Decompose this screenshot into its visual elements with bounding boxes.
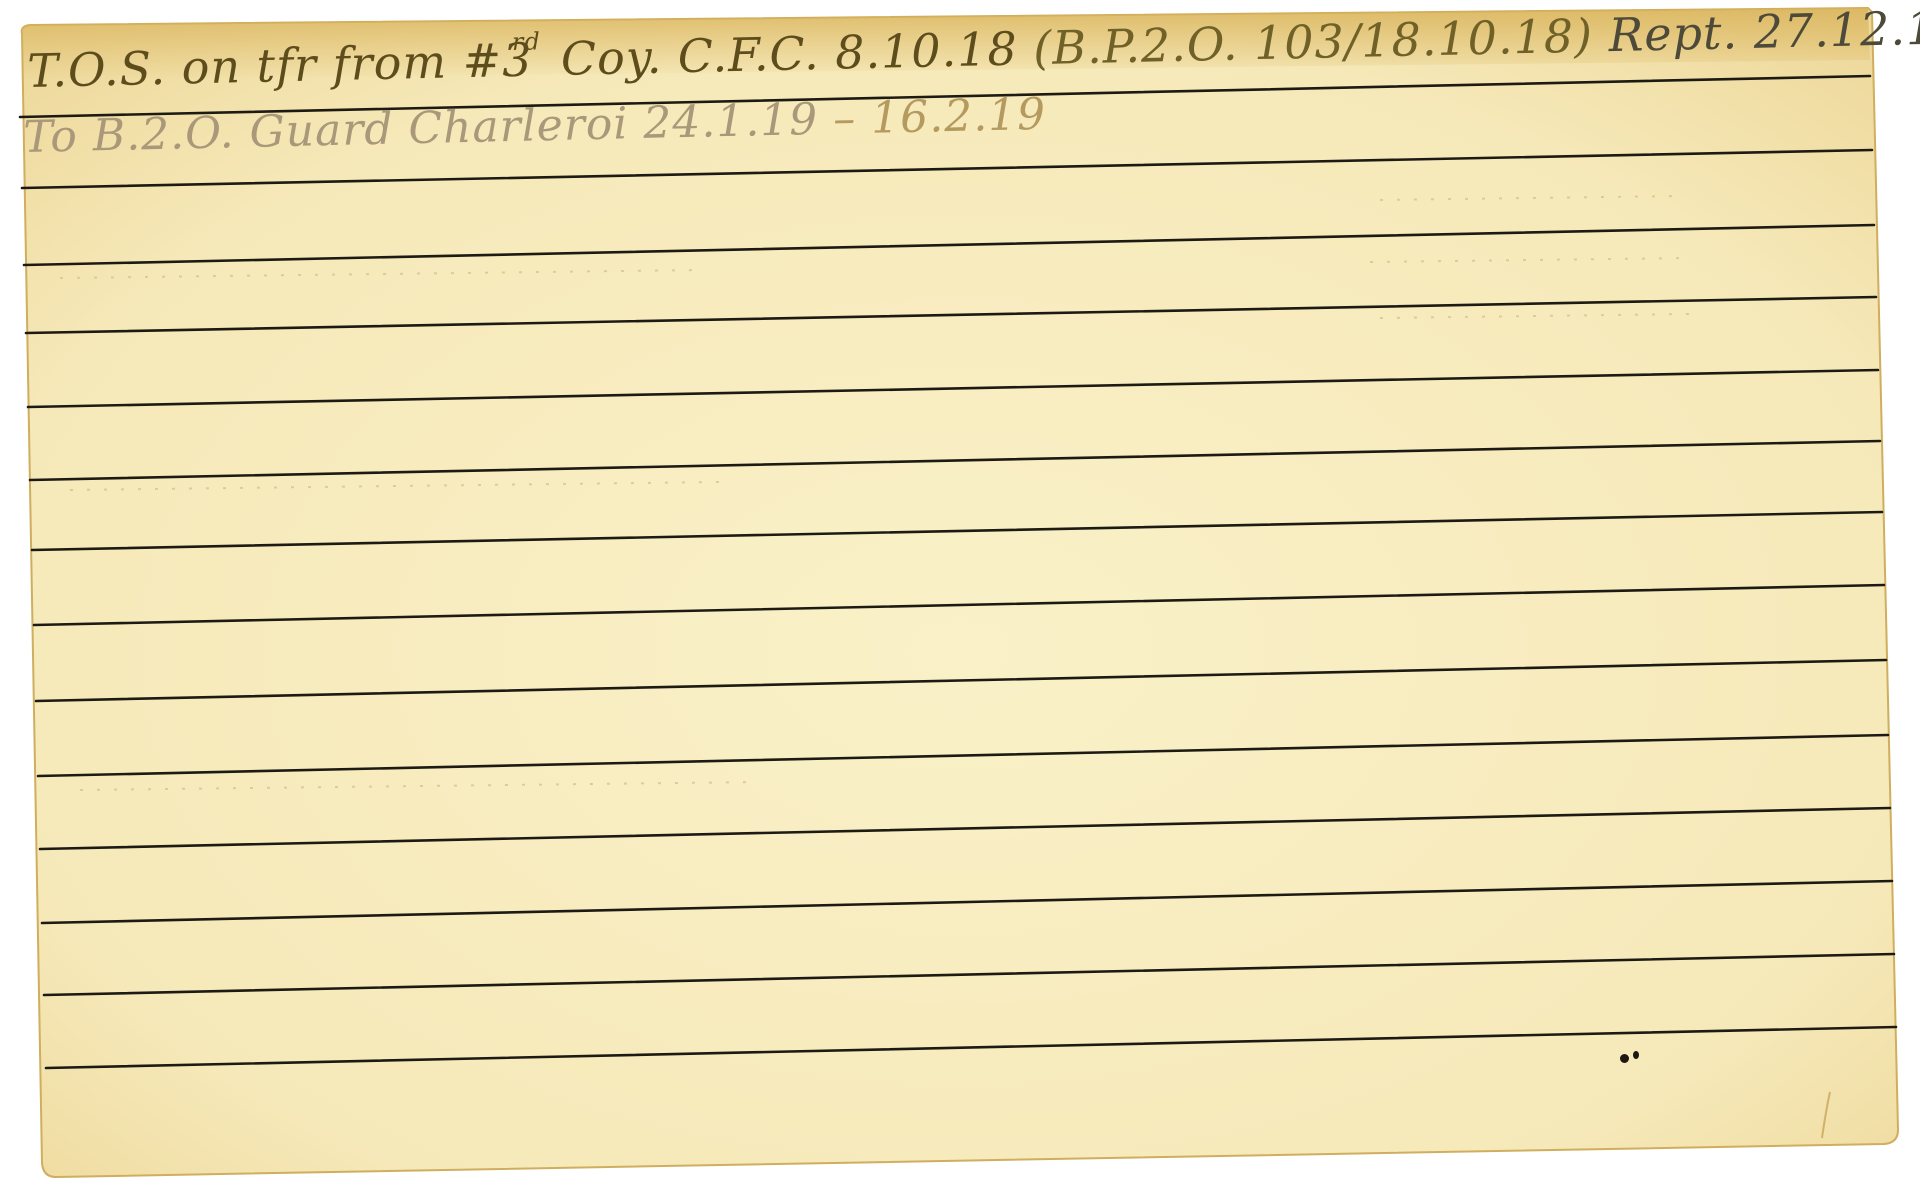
index-card xyxy=(0,0,1920,1200)
entry-2-end-date: – 16.2.19 xyxy=(818,89,1047,145)
entry-1-prefix: T.O.S. on tfr from #3 xyxy=(27,33,533,98)
ink-dot-mark xyxy=(1620,1054,1629,1063)
entry-1-superscript: rd xyxy=(512,27,541,56)
entry-1-unit: Coy. C.F.C. 8.10.18 xyxy=(545,21,1034,86)
entry-1-remark: Rept. 27.12.18 xyxy=(1592,0,1920,62)
ink-dot-mark xyxy=(1633,1051,1639,1059)
